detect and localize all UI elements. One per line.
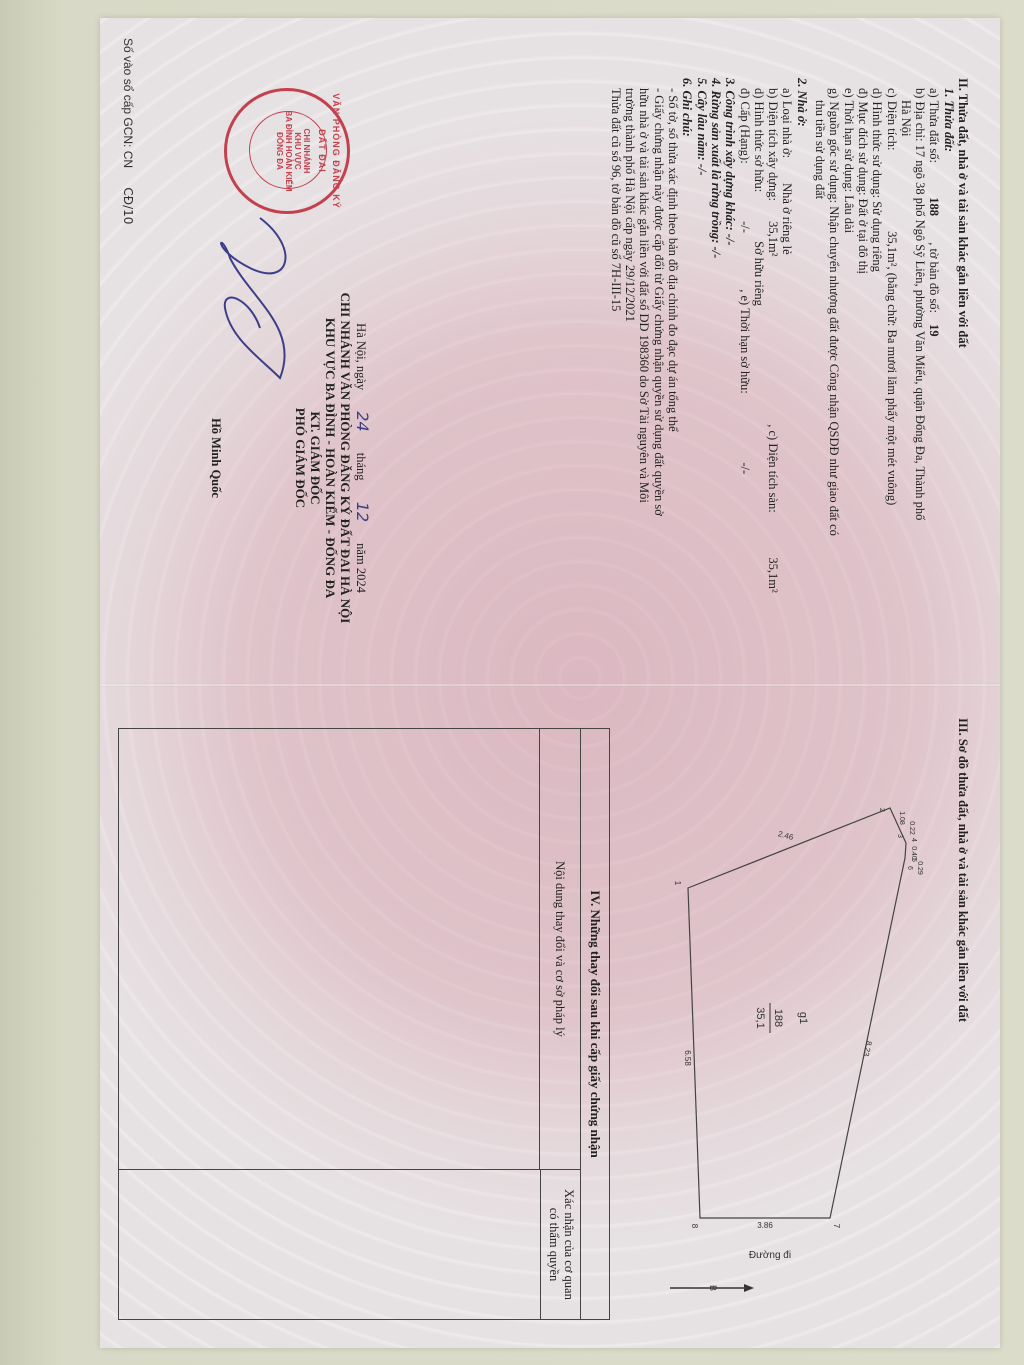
issuing-area: KHU VỰC BA ĐÌNH - HOÀN KIẾM - ĐỐNG ĐA [323, 258, 338, 658]
day-handwritten: 24 [353, 411, 372, 431]
svg-text:3.86: 3.86 [757, 1221, 773, 1230]
parcel-number-row: a) Thửa đất số: 188 , tờ bản đồ số: 19 [927, 78, 941, 658]
grade-row: đ) Cấp (Hạng): -/- , e) Thời hạn sở hữu:… [737, 78, 751, 658]
svg-text:B: B [708, 1285, 718, 1291]
svg-text:1: 1 [673, 881, 682, 886]
note-line: trường thành phố Hà Nội cấp ngày 29/12/2… [623, 78, 637, 658]
section-ii-title: II. Thửa đất, nhà ở và tài sản khác gắn … [956, 78, 970, 658]
svg-text:2.46: 2.46 [777, 829, 795, 842]
svg-text:8: 8 [690, 1224, 699, 1229]
svg-text:4: 4 [910, 838, 917, 842]
house-type-row: a) Loại nhà ở: Nhà ở riêng lẻ [780, 78, 794, 658]
address-row: b) Địa chỉ: 17 ngõ 38 phố Ngô Sỹ Liên, p… [913, 78, 927, 658]
map-sheet-number: 19 [927, 324, 941, 337]
section-iii-iv: III. Sơ đồ thửa đất, nhà ở và tài sản kh… [110, 718, 970, 1318]
notes-heading: 6. Ghi chú: [680, 78, 694, 658]
term-row: e) Thời hạn sử dụng: Lâu dài [841, 78, 855, 658]
other-works: 3. Công trình xây dựng khác: -/- [723, 78, 737, 658]
column-header-changes: Nội dung thay đổi và cơ sở pháp lý [539, 729, 580, 1170]
section-iii-title: III. Sơ đồ thửa đất, nhà ở và tài sản kh… [955, 718, 970, 1318]
signer-name: Hồ Minh Quốc [208, 258, 223, 658]
address: 17 ngõ 38 phố Ngô Sỹ Liên, phường Văn Mi… [913, 145, 927, 521]
note-line: - Giấy chứng nhận này được cấp đổi từ Gi… [651, 78, 665, 658]
changes-table-body [119, 729, 539, 1170]
note-line: hữu nhà ở và tài sản khác gắn liền với đ… [637, 78, 651, 658]
area-row: c) Diện tích: 35,1m², (bằng chữ: Ba mươi… [884, 78, 898, 658]
land-heading: 1. Thửa đất: [941, 78, 955, 658]
ownership-row: d) Hình thức sở hữu: Sở hữu riêng [752, 78, 766, 658]
house-heading: 2. Nhà ở: [794, 78, 808, 658]
svg-text:2: 2 [878, 808, 885, 812]
origin-cont: thu tiền sử dụng đất [813, 78, 827, 658]
svg-text:Đường đi: Đường đi [749, 1250, 791, 1261]
svg-text:g1: g1 [797, 1012, 809, 1024]
parcel-diagram: 8.232.466.583.860.400.290.221.0812345678… [650, 718, 950, 1318]
signer-role-2: PHÓ GIÁM ĐỐC [293, 258, 308, 658]
address-cont: Hà Nội [899, 78, 913, 658]
note-line: - Số tờ, số thửa xác định theo bản đồ đị… [666, 78, 680, 658]
column-header-confirmation: Xác nhận của cơ quan có thẩm quyền [540, 1170, 580, 1319]
perennial-trees: 5. Cây lâu năm: -/- [694, 78, 708, 658]
parcel-number: 188 [927, 197, 941, 216]
land-area: 35,1m², (bằng chữ: Ba mươi lăm phẩy một … [885, 231, 899, 505]
registry-number: Số vào sổ cấp GCN: CN CĐ/10 [121, 38, 135, 224]
section-ii: II. Thửa đất, nhà ở và tài sản khác gắn … [110, 78, 970, 658]
use-form-row: d) Hình thức sử dụng: Sử dụng riêng [870, 78, 884, 658]
svg-text:0.29: 0.29 [916, 861, 923, 875]
place-date: Hà Nội, ngày 24 tháng 12 năm 2024 [353, 258, 370, 658]
svg-text:35,1: 35,1 [754, 1007, 766, 1028]
svg-text:1.08: 1.08 [898, 811, 905, 825]
stamp-center-text: CHI NHÁNH KHU VỰC BA ĐÌNH HOÀN KIẾM ĐỐNG… [275, 91, 311, 211]
svg-text:188: 188 [772, 1009, 784, 1027]
month-handwritten: 12 [353, 502, 372, 522]
official-stamp: VĂN PHÒNG ĐĂNG KÝ ĐẤT ĐAI CHI NHÁNH KHU … [224, 88, 350, 214]
signer-role-1: KT. GIÁM ĐỐC [308, 258, 323, 658]
issuing-office: CHI NHÁNH VĂN PHÒNG ĐĂNG KÝ ĐẤT ĐAI HÀ N… [338, 258, 353, 658]
svg-text:0.22: 0.22 [908, 821, 915, 835]
page-fold [100, 683, 1000, 687]
land-certificate-page: II. Thửa đất, nhà ở và tài sản khác gắn … [100, 18, 1000, 1348]
plantation: 4. Rừng sản xuất là rừng trồng: -/- [709, 78, 723, 658]
svg-text:6.58: 6.58 [683, 1050, 692, 1066]
section-iv-title: IV. Những thay đổi sau khi cấp giấy chứn… [580, 729, 609, 1319]
note-line: Thửa đất cũ số 96, tờ bản đồ cũ số 7H-II… [609, 78, 623, 658]
svg-text:3: 3 [896, 834, 903, 838]
svg-text:7: 7 [832, 1224, 841, 1229]
built-area-row: b) Diện tích xây dựng: 35,1m² , c) Diện … [766, 78, 780, 658]
svg-text:5: 5 [910, 858, 917, 862]
svg-text:6: 6 [906, 866, 913, 870]
origin-row: g) Nguồn gốc sử dụng: Nhận chuyển nhượng… [827, 78, 841, 658]
changes-table: IV. Những thay đổi sau khi cấp giấy chứn… [118, 728, 610, 1320]
svg-text:8.23: 8.23 [861, 1040, 873, 1058]
signature-block: Hà Nội, ngày 24 tháng 12 năm 2024 CHI NH… [208, 258, 370, 658]
purpose-row: đ) Mục đích sử dụng: Đất ở tại đô thị [856, 78, 870, 658]
